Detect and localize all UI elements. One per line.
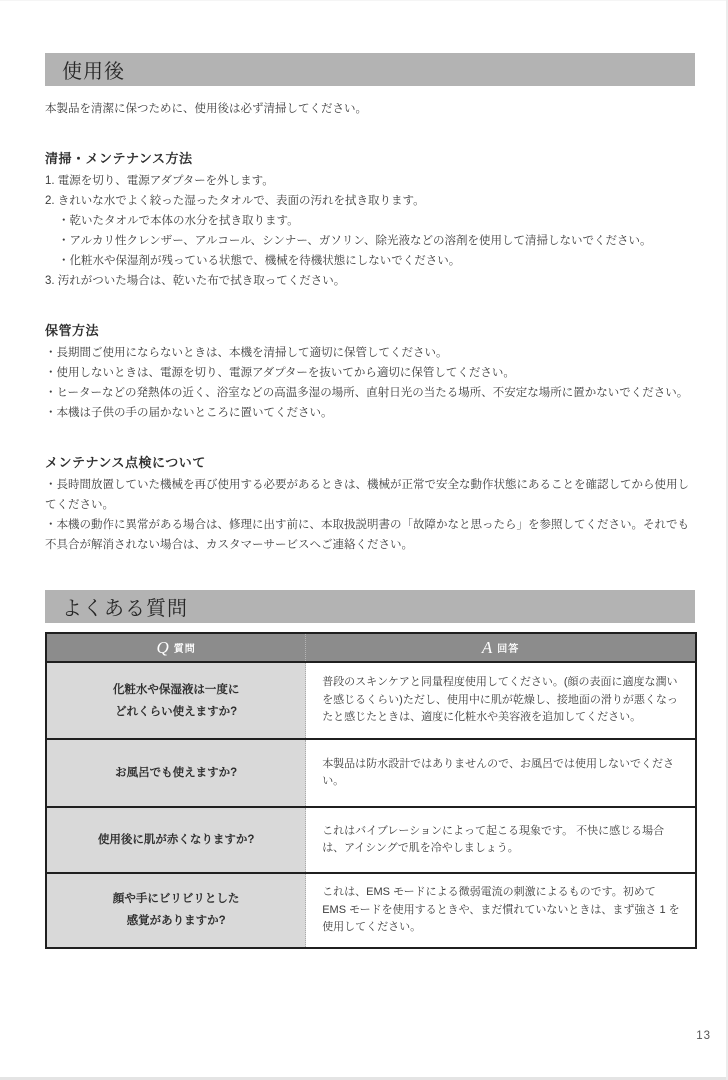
faq-table: Q 質問 A 回答 化粧水や保湿液は一度に どれくらい使えますか? 普段のスキン… (45, 632, 697, 949)
inspection-heading: メンテナンス点検について (45, 452, 695, 471)
storage-line: ・長期間ご使用にならないときは、本機を清掃して適切に保管してください。 (45, 343, 695, 363)
faq-header-answer: A 回答 (306, 634, 695, 661)
question-cell: 使用後に肌が赤くなりますか? (47, 808, 306, 872)
question-letter: Q (156, 639, 168, 656)
cleaning-line: 1. 電源を切り、電源アダプターを外します。 (45, 171, 695, 191)
answer-cell: これはバイブレーションによって起こる現象です。 不快に感じる場合は、アイシングで… (306, 808, 695, 872)
faq-row: 使用後に肌が赤くなりますか? これはバイブレーションによって起こる現象です。 不… (47, 806, 695, 872)
answer-cell: 本製品は防水設計ではありませんので、お風呂では使用しないでください。 (306, 740, 695, 806)
answer-cell: これは、EMS モードによる微弱電流の刺激によるものです。初めて EMS モード… (306, 874, 695, 947)
question-cell: 化粧水や保湿液は一度に どれくらい使えますか? (47, 663, 306, 738)
inspection-line: ・本機の動作に異常がある場合は、修理に出す前に、本取扱説明書の「故障かなと思った… (45, 515, 693, 555)
answer-cell: 普段のスキンケアと同量程度使用してください。(顔の表面に適度な潤いを感じるくらい… (306, 663, 695, 738)
faq-row: 顔や手にビリビリとした 感覚がありますか? これは、EMS モードによる微弱電流… (47, 872, 695, 947)
cleaning-line: 3. 汚れがついた場合は、乾いた布で拭き取ってください。 (45, 271, 695, 291)
faq-header-question: Q 質問 (47, 634, 306, 661)
cleaning-heading: 清掃・メンテナンス方法 (45, 148, 695, 167)
inspection-line: ・長時間放置していた機械を再び使用する必要があるときは、機械が正常で安全な動作状… (45, 475, 693, 515)
after-use-title: 使用後 (62, 55, 125, 84)
faq-title: よくある質問 (62, 592, 188, 621)
storage-heading: 保管方法 (45, 320, 695, 339)
question-cell: お風呂でも使えますか? (47, 740, 306, 806)
after-use-intro: 本製品を清潔に保つために、使用後は必ず清掃してください。 (45, 99, 695, 119)
answer-letter: A (482, 639, 492, 656)
storage-line: ・ヒーターなどの発熱体の近く、浴室などの高温多湿の場所、直射日光の当たる場所、不… (45, 383, 695, 403)
cleaning-line: ・アルカリ性クレンザー、アルコール、シンナー、ガソリン、除光液などの溶剤を使用し… (45, 231, 695, 251)
storage-line: ・本機は子供の手の届かないところに置いてください。 (45, 403, 695, 423)
answer-label: 回答 (497, 640, 519, 655)
cleaning-line: ・乾いたタオルで本体の水分を拭き取ります。 (45, 211, 695, 231)
cleaning-line: ・化粧水や保湿剤が残っている状態で、機械を待機状態にしないでください。 (45, 251, 695, 271)
section-title-bar-faq: よくある質問 (45, 590, 695, 623)
question-cell: 顔や手にビリビリとした 感覚がありますか? (47, 874, 306, 947)
storage-list: ・長期間ご使用にならないときは、本機を清掃して適切に保管してください。 ・使用し… (45, 343, 695, 423)
inspection-list: ・長時間放置していた機械を再び使用する必要があるときは、機械が正常で安全な動作状… (45, 475, 695, 555)
faq-table-header: Q 質問 A 回答 (47, 634, 695, 661)
section-title-bar-after-use: 使用後 (45, 53, 695, 86)
question-label: 質問 (174, 640, 196, 655)
cleaning-list: 1. 電源を切り、電源アダプターを外します。 2. きれいな水でよく絞った湿った… (45, 171, 695, 291)
page-number: 13 (696, 1030, 711, 1042)
faq-row: 化粧水や保湿液は一度に どれくらい使えますか? 普段のスキンケアと同量程度使用し… (47, 661, 695, 738)
faq-row: お風呂でも使えますか? 本製品は防水設計ではありませんので、お風呂では使用しない… (47, 738, 695, 806)
storage-line: ・使用しないときは、電源を切り、電源アダプターを抜いてから適切に保管してください… (45, 363, 695, 383)
manual-page: 使用後 本製品を清潔に保つために、使用後は必ず清掃してください。 清掃・メンテナ… (0, 0, 728, 1080)
cleaning-line: 2. きれいな水でよく絞った湿ったタオルで、表面の汚れを拭き取ります。 (45, 191, 695, 211)
